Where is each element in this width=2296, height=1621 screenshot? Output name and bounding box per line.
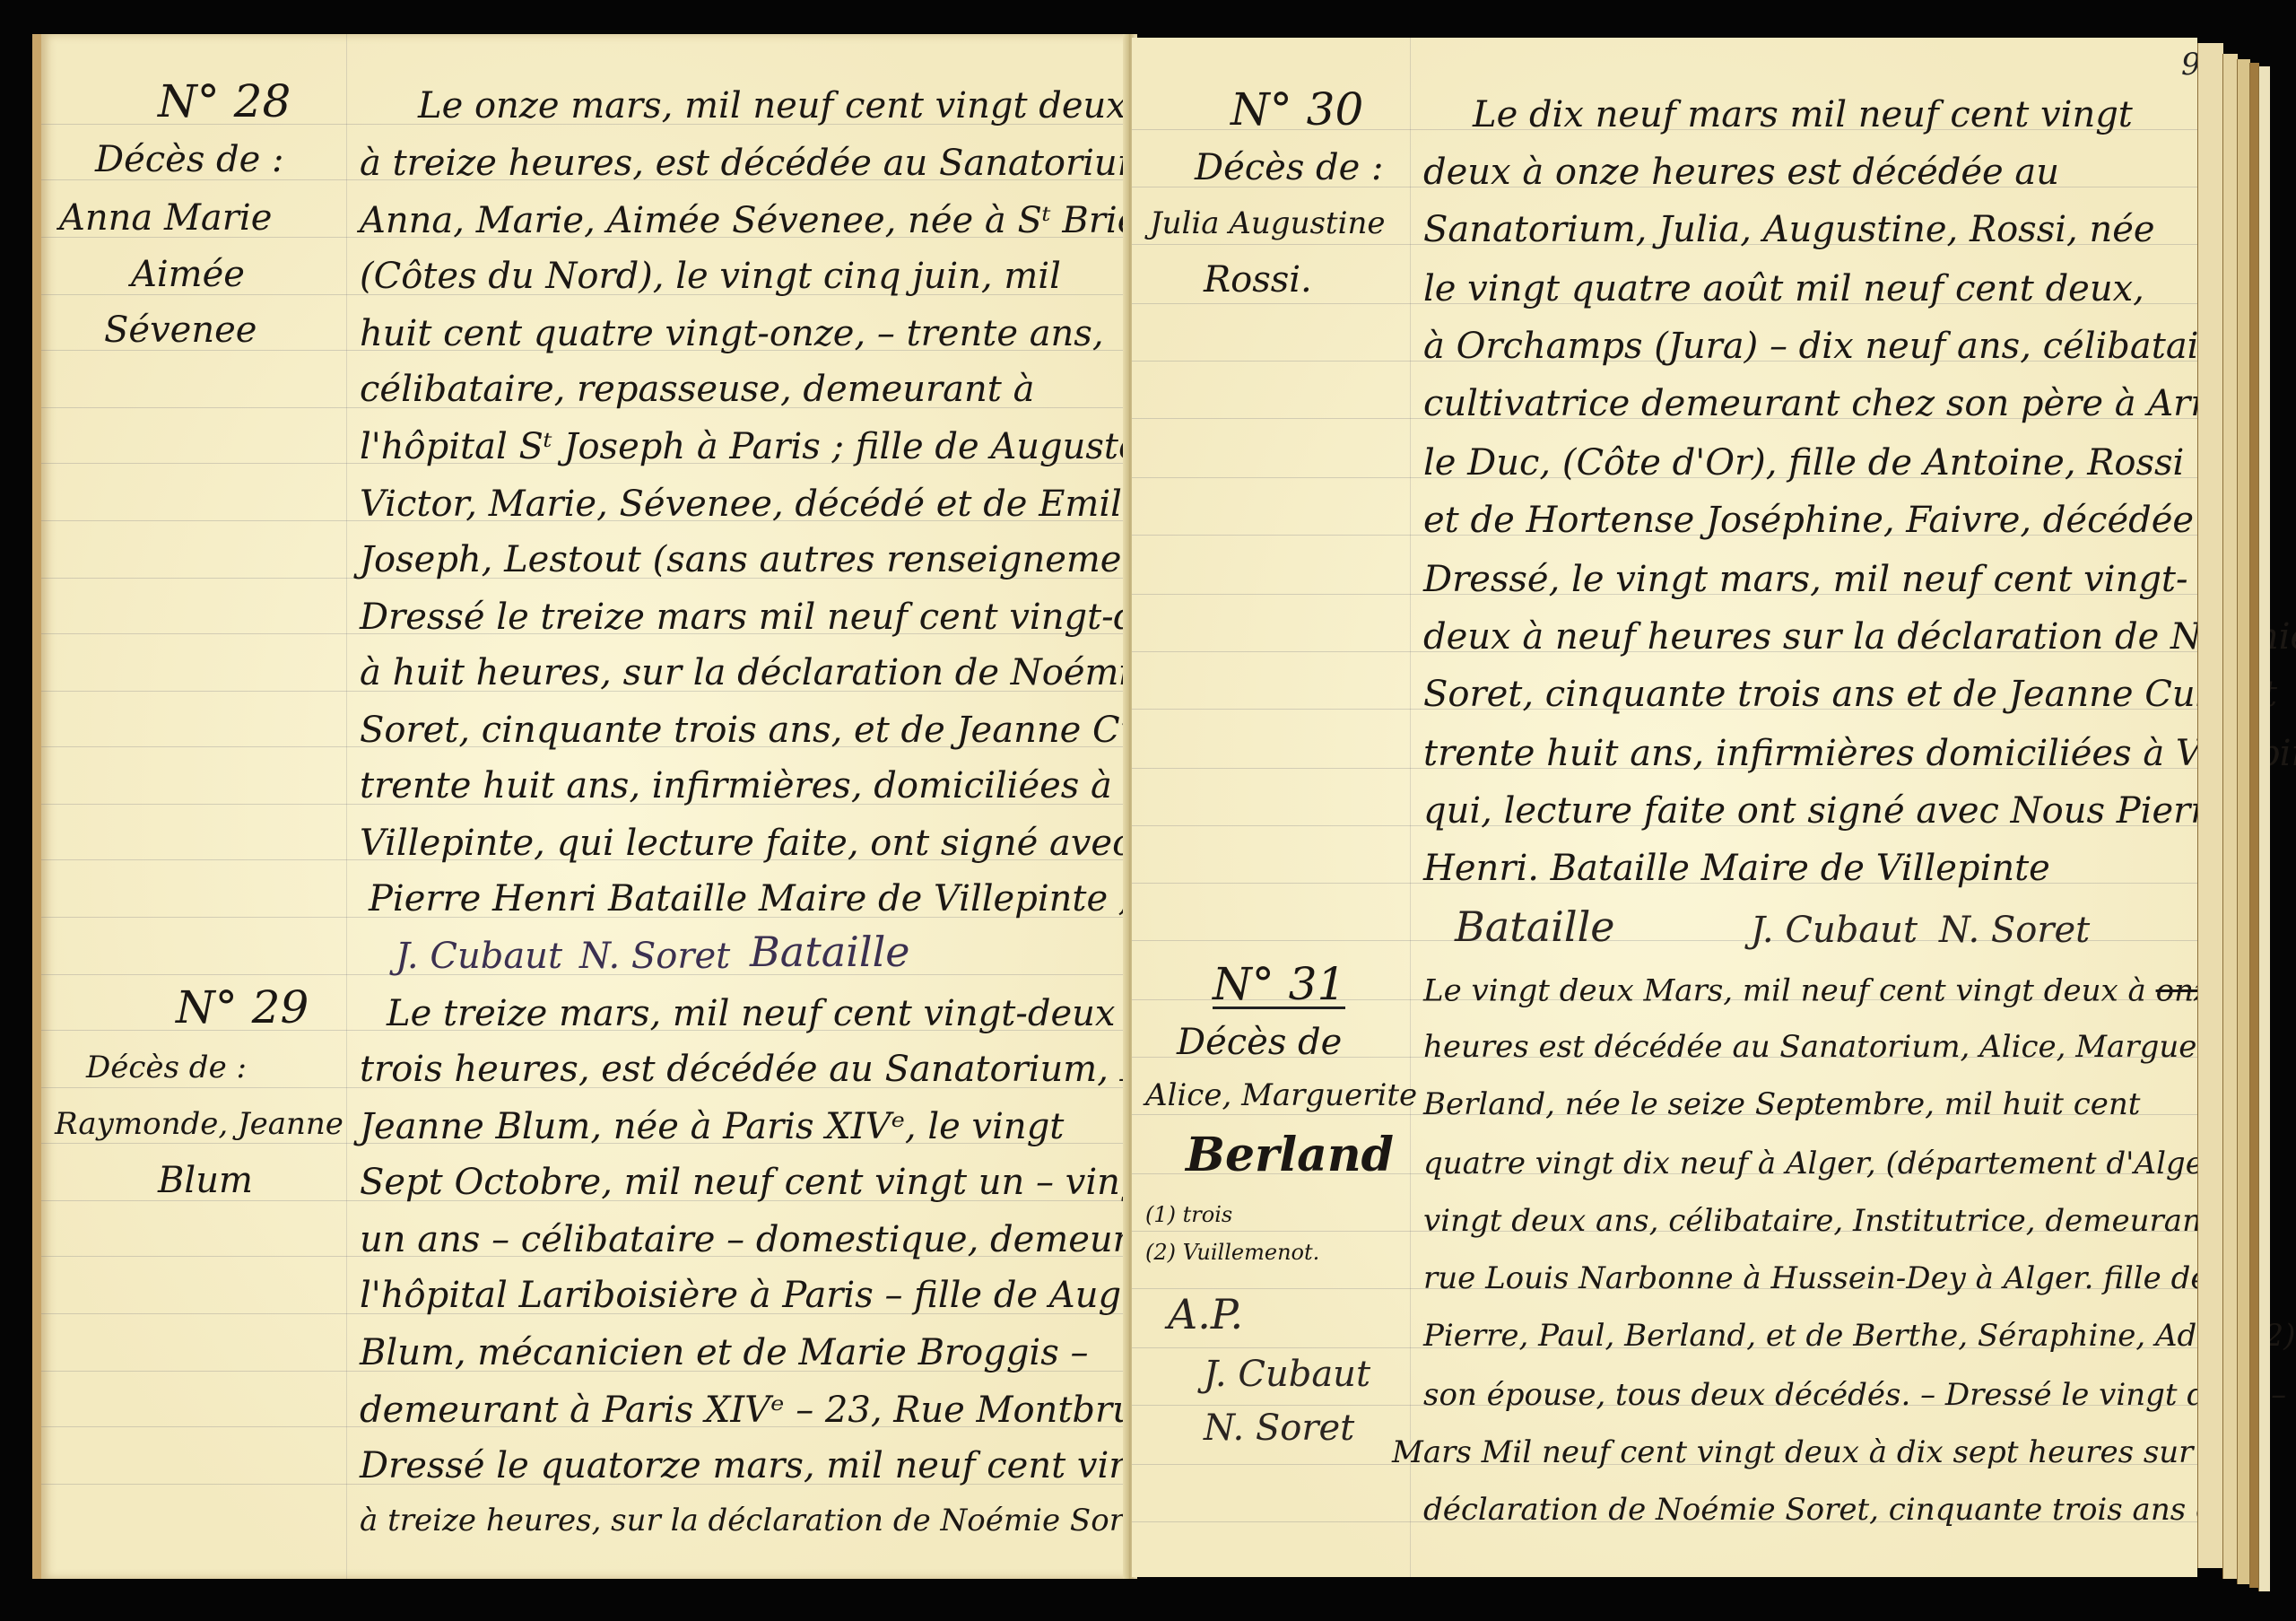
- page-edge: [2197, 43, 2223, 1568]
- entry-30-margin-label: Décès de :: [1195, 150, 1384, 186]
- signature-soret: N. Soret: [1939, 912, 2090, 948]
- entry-31-line: son épouse, tous deux décédés. – Dressé …: [1423, 1380, 2286, 1410]
- entry-30-margin-name1: Julia Augustine: [1150, 208, 1385, 239]
- entry-30-line: Sanatorium, Julia, Augustine, Rossi, née: [1423, 212, 2155, 248]
- margin-signature-cubaut: J. Cubaut: [1204, 1356, 1370, 1392]
- entry-30-line: le Duc, (Côte d'Or), fille de Antoine, R…: [1423, 445, 2184, 481]
- signature-cubaut: J. Cubaut: [1751, 912, 1918, 948]
- entry-30-line: et de Hortense Joséphine, Faivre, décédé…: [1423, 502, 2223, 538]
- margin-note-1: (1) trois: [1145, 1204, 1232, 1225]
- entry-30-line: cultivatrice demeurant chez son père à A…: [1423, 386, 2255, 422]
- entry-31-line: Mars Mil neuf cent vingt deux à dix sept…: [1392, 1437, 2231, 1468]
- margin-signature-soret: N. Soret: [1204, 1410, 1354, 1446]
- entry-31-line: heures est décédée au Sanatorium, Alice,…: [1423, 1032, 2261, 1062]
- margin-note-2: (2) Vuillemenot.: [1145, 1242, 1319, 1263]
- entry-30-line: deux à neuf heures sur la déclaration de…: [1423, 619, 2296, 655]
- left-page-lower: [32, 34, 1128, 1579]
- entry-30-line: qui, lecture faite ont signé avec Nous P…: [1423, 793, 2229, 829]
- entry-31-line: Pierre, Paul, Berland, et de Berthe, Sér…: [1423, 1320, 2295, 1351]
- entry-30-line: Henri. Bataille Maire de Villepinte: [1423, 850, 2050, 886]
- entry-31-line: déclaration de Noémie Soret, cinquante t…: [1423, 1495, 2226, 1525]
- entry-30-margin-name2: Rossi.: [1204, 262, 1312, 298]
- entry-31-line: vingt deux ans, célibataire, Institutric…: [1423, 1206, 2214, 1236]
- page-edge: [2222, 54, 2238, 1579]
- entry-30-line: deux à onze heures est décédée au: [1423, 154, 2059, 190]
- entry-31-line-1-text: Le vingt deux Mars, mil neuf cent vingt …: [1423, 972, 2156, 1008]
- entry-30-line: Soret, cinquante trois ans et de Jeanne …: [1423, 676, 2277, 712]
- page-edge: [2258, 66, 2270, 1591]
- entry-30-number: N° 30: [1231, 87, 1363, 132]
- entry-30-line: Dressé, le vingt mars, mil neuf cent vin…: [1423, 562, 2188, 597]
- entry-30-line: trente huit ans, infirmières domiciliées…: [1423, 736, 2296, 771]
- page-edge: [2237, 59, 2250, 1584]
- right-page: 9 N° 30 Décès de : Julia Augustine Rossi…: [1132, 38, 2197, 1577]
- entry-30-line: Le dix neuf mars mil neuf cent vingt: [1473, 97, 2133, 133]
- entry-31-line-1: Le vingt deux Mars, mil neuf cent vingt …: [1423, 974, 2259, 1006]
- entry-31-margin-label: Décès de: [1177, 1024, 1342, 1060]
- entry-31-margin-name1: Alice, Marguerite: [1145, 1080, 1417, 1111]
- entry-31-number: N° 31: [1213, 962, 1345, 1009]
- signature-bataille: Bataille: [1455, 906, 1615, 947]
- entry-31-line: Berland, née le seize Septembre, mil hui…: [1423, 1089, 2140, 1120]
- entry-31-margin-name2: Berland: [1186, 1132, 1394, 1179]
- margin-initials: A.P.: [1168, 1294, 1243, 1335]
- entry-31-line: quatre vingt dix neuf à Alger, (départem…: [1423, 1148, 2255, 1179]
- entry-30-line: à Orchamps (Jura) – dix neuf ans, céliba…: [1423, 328, 2248, 364]
- entry-31-line: rue Louis Narbonne à Hussein-Dey à Alger…: [1423, 1263, 2208, 1294]
- entry-30-line: le vingt quatre août mil neuf cent deux,: [1423, 271, 2144, 307]
